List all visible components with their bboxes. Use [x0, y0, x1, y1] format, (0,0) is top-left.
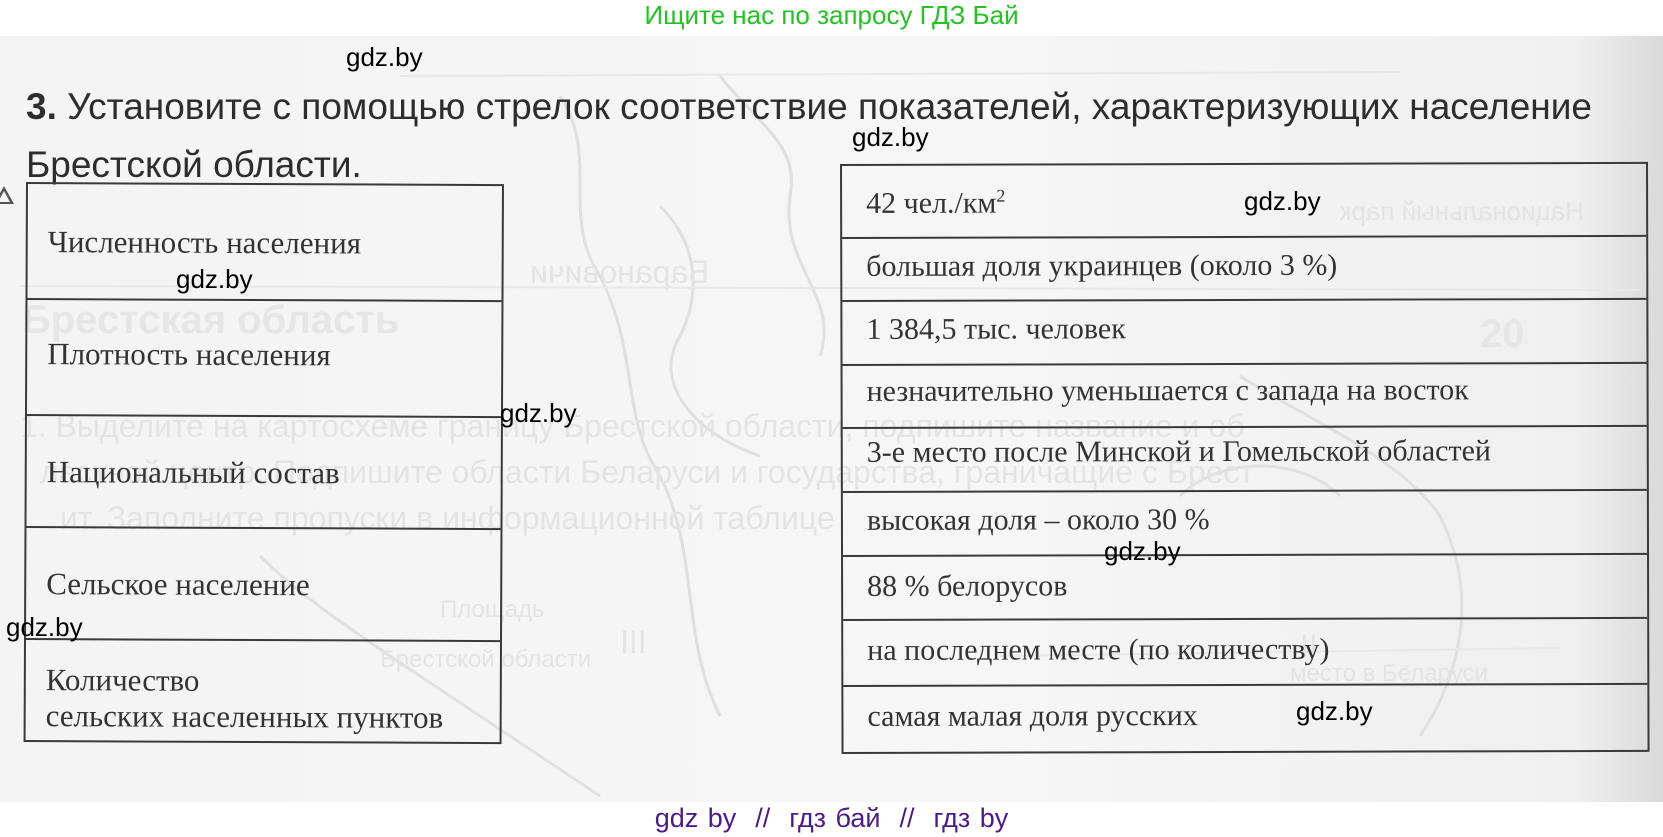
value-label: 42 чел./км2: [866, 186, 1005, 222]
value-item[interactable]: высокая доля – около 30 %: [843, 489, 1647, 555]
bottom-banner-text[interactable]: gdz by // гдз бай // гдз by: [655, 803, 1009, 833]
values-table: 42 чел./км2 большая доля украинцев (окол…: [840, 162, 1650, 754]
warning-triangle-icon: [0, 186, 14, 204]
indicator-item[interactable]: Численность населения: [27, 184, 501, 300]
value-label: 3-е место после Минской и Гомельской обл…: [867, 433, 1491, 471]
value-label: 88 % белорусов: [867, 568, 1067, 605]
value-text: 42 чел./км: [866, 187, 996, 220]
bleed-text: III: [620, 624, 647, 661]
value-item[interactable]: незначительно уменьшается с запада на во…: [843, 362, 1647, 427]
indicator-item[interactable]: Плотность населения: [27, 298, 502, 416]
watermark: gdz.by: [346, 42, 423, 73]
bottom-banner[interactable]: gdz by // гдз бай // гдз by: [0, 802, 1663, 837]
textbook-page: Брестская область Барановичи 1. Выделите…: [0, 36, 1663, 802]
value-item[interactable]: на последнем месте (по количеству): [843, 617, 1647, 685]
watermark: gdz.by: [1104, 536, 1181, 567]
value-label: на последнем месте (по количеству): [867, 632, 1329, 669]
indicator-label: Сельское население: [46, 566, 310, 603]
watermark: gdz.by: [500, 398, 577, 429]
value-label: самая малая доля русских: [867, 698, 1197, 735]
value-label: высокая доля – около 30 %: [867, 502, 1210, 539]
indicator-item[interactable]: Сельское население: [26, 526, 500, 640]
value-label: незначительно уменьшается с запада на во…: [867, 372, 1469, 410]
indicator-label: Количество сельских населенных пунктов: [46, 662, 444, 736]
watermark: gdz.by: [1244, 186, 1321, 217]
task-number: 3.: [26, 86, 57, 127]
indicator-label: Национальный состав: [47, 454, 340, 491]
value-item[interactable]: 1 384,5 тыс. человек: [842, 298, 1646, 364]
value-item[interactable]: 88 % белорусов: [843, 553, 1647, 619]
watermark: gdz.by: [6, 612, 83, 643]
indicator-label: Плотность населения: [47, 336, 331, 373]
indicator-label: Численность населения: [48, 224, 361, 261]
top-banner-text[interactable]: Ищите нас по запросу ГДЗ Бай: [644, 0, 1018, 30]
value-label: большая доля украинцев (около 3 %): [866, 248, 1337, 285]
watermark: gdz.by: [176, 264, 253, 295]
value-item[interactable]: большая доля украинцев (около 3 %): [842, 235, 1646, 300]
superscript: 2: [996, 186, 1005, 206]
value-item[interactable]: самая малая доля русских: [843, 683, 1647, 752]
top-banner[interactable]: Ищите нас по запросу ГДЗ Бай: [0, 0, 1663, 36]
indicators-table: Численность населения Плотность населени…: [24, 182, 504, 744]
watermark: gdz.by: [852, 122, 929, 153]
value-label: 1 384,5 тыс. человек: [866, 311, 1125, 348]
indicator-item[interactable]: Количество сельских населенных пунктов: [26, 638, 500, 742]
indicator-item[interactable]: Национальный состав: [26, 414, 500, 528]
bleed-text: Барановичи: [530, 254, 709, 291]
watermark: gdz.by: [1296, 696, 1373, 727]
value-item[interactable]: 3-е место после Минской и Гомельской обл…: [843, 425, 1647, 491]
